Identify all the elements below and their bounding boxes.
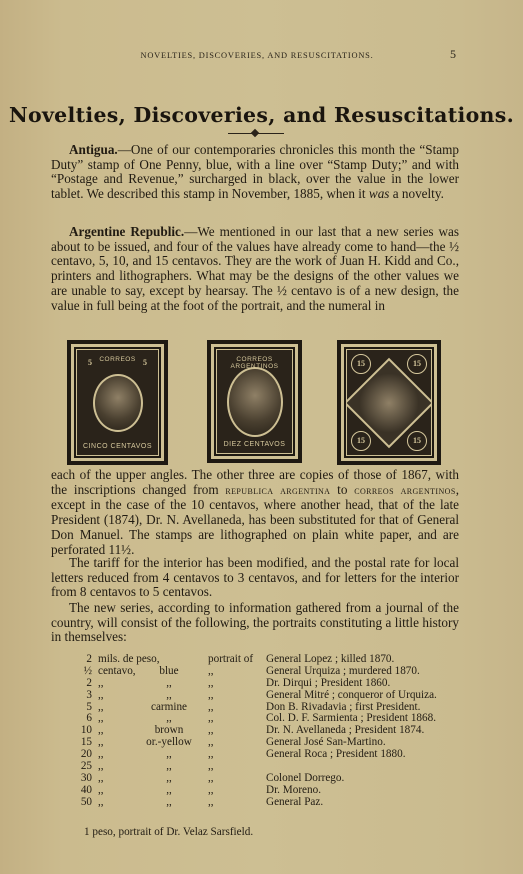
list-cell-value: ½ [76, 666, 92, 678]
list-cell-color: ,, [134, 690, 204, 702]
list-item: 2,,,,,,Dr. Dirqui ; President 1860. [76, 678, 476, 690]
book-page: NOVELTIES, DISCOVERIES, AND RESUSCITATIO… [0, 0, 523, 874]
running-head-title: NOVELTIES, DISCOVERIES, AND RESUSCITATIO… [116, 51, 398, 60]
list-item: 3,,,,,,General Mitré ; conqueror of Urqu… [76, 690, 476, 702]
paragraph-argentine: Argentine Republic.—We mentioned in our … [51, 225, 459, 313]
list-cell-desc: General Paz. [266, 797, 323, 809]
list-cell-desc: General Roca ; President 1880. [266, 749, 406, 761]
list-cell-portrait: ,, [208, 666, 214, 678]
list-item: 50,,,,,,General Paz. [76, 797, 476, 809]
stamp-10-centavos: CORREOS ARGENTINOS DIEZ CENTAVOS [207, 340, 302, 463]
ornamental-rule [228, 133, 284, 134]
portrait-image [227, 367, 283, 437]
list-cell-value: 3 [76, 690, 92, 702]
series-list: 2mils. de peso,portrait ofGeneral Lopez … [76, 654, 476, 809]
list-cell-portrait: ,, [208, 785, 214, 797]
list-cell-unit: ,, [98, 678, 104, 690]
paragraph-antigua: Antigua.—One of our contemporaries chron… [51, 143, 459, 202]
lead-argentine: Argentine Republic. [69, 224, 184, 239]
list-cell-color: blue [134, 666, 204, 678]
list-cell-desc: General Mitré ; conqueror of Urquiza. [266, 690, 437, 702]
portrait-image [93, 374, 143, 432]
paragraph-continuation: each of the upper angles. The other thre… [51, 468, 459, 557]
list-cell-unit: ,, [98, 797, 104, 809]
list-cell-value: 50 [76, 797, 92, 809]
list-cell-unit: ,, [98, 690, 104, 702]
list-cell-portrait: ,, [208, 678, 214, 690]
list-cell-value: 2 [76, 678, 92, 690]
paragraph-tariff: The tariff for the interior has been mod… [51, 556, 459, 600]
list-cell-portrait: ,, [208, 797, 214, 809]
list-cell-unit: centavo, [98, 666, 136, 678]
paragraph-series-intro: The new series, according to information… [51, 601, 459, 645]
list-cell-color: ,, [134, 785, 204, 797]
chapter-heading: Novelties, Discoveries, and Resuscitatio… [0, 103, 523, 127]
list-item: 30,,,,,,Colonel Dorrego. [76, 773, 476, 785]
list-cell-unit: ,, [98, 785, 104, 797]
list-cell-portrait: ,, [208, 690, 214, 702]
list-cell-desc: Dr. Moreno. [266, 785, 321, 797]
list-cell-desc: General Urquiza ; murdered 1870. [266, 666, 420, 678]
list-item: 20,,,,,,General Roca ; President 1880. [76, 749, 476, 761]
page-number: 5 [450, 47, 457, 62]
stamp-5-centavos: CORREOS CINCO CENTAVOS 5 5 [67, 340, 168, 465]
series-list-last: 1 peso, portrait of Dr. Velaz Sarsfield. [84, 826, 253, 838]
stamp-15-centavos: 15 15 15 15 [337, 340, 441, 465]
list-cell-desc: Dr. Dirqui ; President 1860. [266, 678, 390, 690]
list-cell-color: ,, [134, 678, 204, 690]
list-cell-value: 40 [76, 785, 92, 797]
lead-antigua: Antigua. [69, 142, 118, 157]
list-cell-color: ,, [134, 797, 204, 809]
list-item: 40,,,,,,Dr. Moreno. [76, 785, 476, 797]
list-cell-portrait: portrait of [208, 654, 253, 666]
list-item: ½centavo,blue,,General Urquiza ; murdere… [76, 666, 476, 678]
